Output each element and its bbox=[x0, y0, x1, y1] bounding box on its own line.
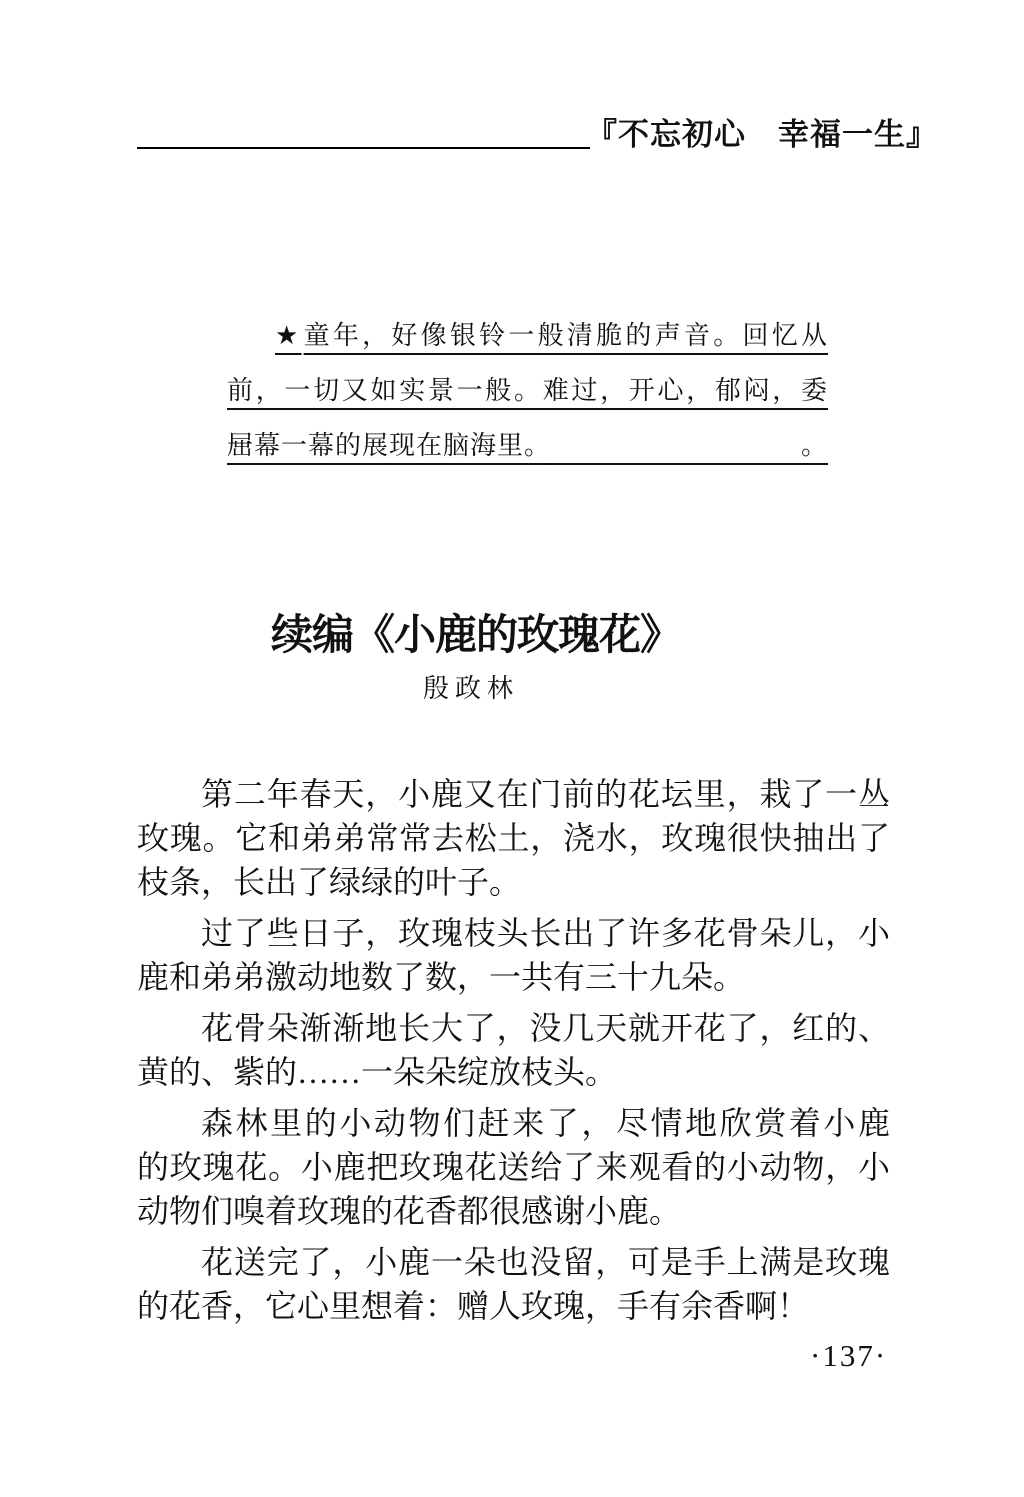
page-number: ·137· bbox=[810, 1338, 887, 1374]
epigraph-line-text: 童年，好像银铃一般清脆的声音。回忆从 bbox=[304, 321, 828, 350]
epigraph-line-text: 一幕一幕的展现在脑海里。 bbox=[227, 431, 551, 460]
body-line: 玫瑰。它和弟弟常常去松土，浇水，玫瑰很快抽出了 bbox=[137, 816, 890, 860]
paragraph: 花送完了，小鹿一朵也没留，可是手上满是玫瑰 的花香，它心里想着：赠人玫瑰，手有余… bbox=[137, 1240, 890, 1328]
body-line: 过了些日子，玫瑰枝头长出了许多花骨朵儿，小 bbox=[137, 911, 890, 955]
epigraph: ★童年，好像银铃一般清脆的声音。回忆从 前，一切又如实景一般。难过，开心，郁闷，… bbox=[227, 308, 828, 473]
paragraph: 森林里的小动物们赶来了，尽情地欣赏着小鹿 的玫瑰花。小鹿把玫瑰花送给了来观看的小… bbox=[137, 1101, 890, 1233]
article-title: 续编《小鹿的玫瑰花》 bbox=[271, 602, 691, 662]
book-page: 『不忘初心 幸福一生』 ★童年，好像银铃一般清脆的声音。回忆从 前，一切又如实景… bbox=[0, 0, 1024, 1497]
body-line: 枝条，长出了绿绿的叶子。 bbox=[137, 860, 890, 904]
body-line: 鹿和弟弟激动地数了数，一共有三十九朵。 bbox=[137, 955, 890, 999]
epigraph-line: 前，一切又如实景一般。难过，开心，郁闷，委屈。 bbox=[227, 363, 828, 418]
body-line: 花送完了，小鹿一朵也没留，可是手上满是玫瑰 bbox=[137, 1240, 890, 1284]
running-header-title: 『不忘初心 幸福一生』 bbox=[586, 116, 938, 154]
body-line: 的花香，它心里想着：赠人玫瑰，手有余香啊！ bbox=[137, 1284, 890, 1328]
paragraph: 过了些日子，玫瑰枝头长出了许多花骨朵儿，小 鹿和弟弟激动地数了数，一共有三十九朵… bbox=[137, 911, 890, 999]
star-icon: ★ bbox=[275, 321, 304, 350]
header-rule bbox=[137, 147, 590, 149]
epigraph-line: ★童年，好像银铃一般清脆的声音。回忆从 bbox=[227, 308, 828, 363]
article-body: 第二年春天，小鹿又在门前的花坛里，栽了一丛 玫瑰。它和弟弟常常去松土，浇水，玫瑰… bbox=[137, 772, 890, 1335]
body-line: 动物们嗅着玫瑰的花香都很感谢小鹿。 bbox=[137, 1189, 890, 1233]
paragraph: 第二年春天，小鹿又在门前的花坛里，栽了一丛 玫瑰。它和弟弟常常去松土，浇水，玫瑰… bbox=[137, 772, 890, 904]
body-line: 森林里的小动物们赶来了，尽情地欣赏着小鹿 bbox=[137, 1101, 890, 1145]
article-author: 殷政林 bbox=[423, 668, 519, 705]
body-line: 第二年春天，小鹿又在门前的花坛里，栽了一丛 bbox=[137, 772, 890, 816]
body-line: 花骨朵渐渐地长大了，没几天就开花了，红的、 bbox=[137, 1006, 890, 1050]
paragraph: 花骨朵渐渐地长大了，没几天就开花了，红的、 黄的、紫的……一朵朵绽放枝头。 bbox=[137, 1006, 890, 1094]
body-line: 黄的、紫的……一朵朵绽放枝头。 bbox=[137, 1050, 890, 1094]
body-line: 的玫瑰花。小鹿把玫瑰花送给了来观看的小动物，小 bbox=[137, 1145, 890, 1189]
